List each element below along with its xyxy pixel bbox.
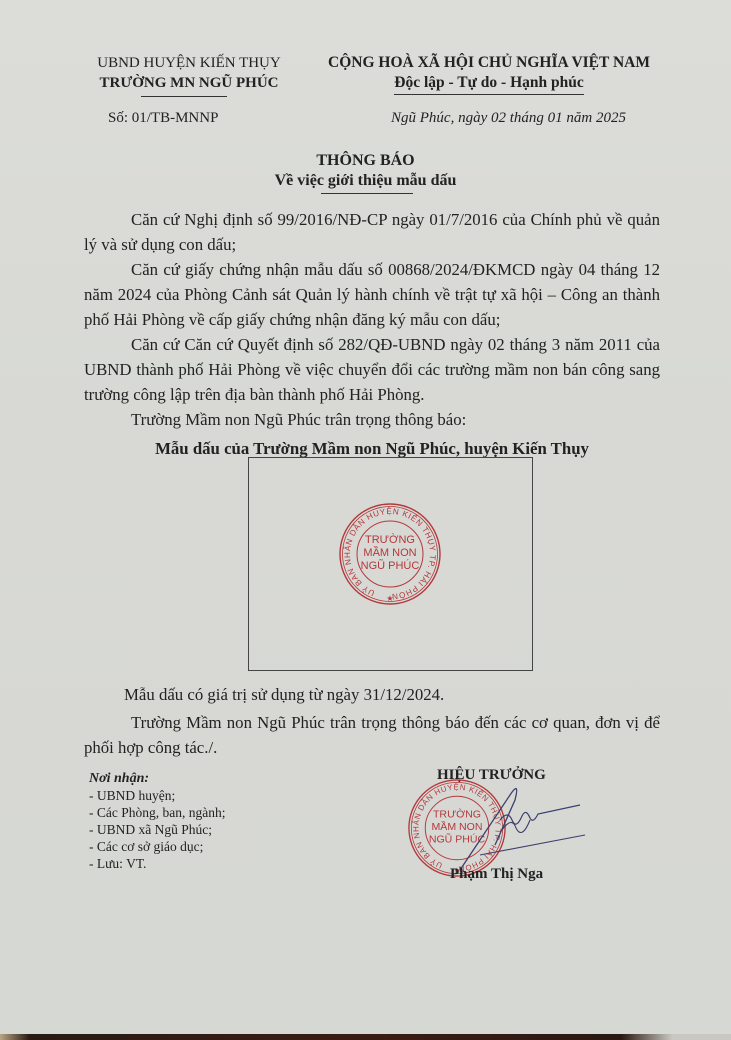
stamp-sample-box: UỶ BAN NHÂN DÂN HUYỆN KIẾN THỤY TP. HẢI … — [248, 457, 533, 671]
closing-text: Trường Mầm non Ngũ Phúc trân trọng thông… — [84, 710, 660, 760]
recipients-label: Nơi nhận: — [89, 770, 225, 787]
recipient-item: - Các cơ sở giáo dục; — [89, 838, 225, 855]
desk-surface — [0, 1034, 731, 1040]
validity-note: Mẫu dấu có giá trị sử dụng từ ngày 31/12… — [124, 685, 444, 705]
document-subtitle: Về việc giới thiệu mẫu dấu — [0, 172, 731, 190]
recipients-list: Nơi nhận: - UBND huyện; - Các Phòng, ban… — [89, 770, 225, 872]
svg-text:MẦM NON: MẦM NON — [363, 546, 416, 559]
document-body: Căn cứ Nghị định số 99/2016/NĐ-CP ngày 0… — [84, 207, 660, 461]
recipient-item: - UBND xã Ngũ Phúc; — [89, 821, 225, 838]
signer-name: Phạm Thị Nga — [450, 866, 543, 883]
body-paragraph: Căn cứ giấy chứng nhận mẫu dấu số 00868/… — [84, 257, 660, 332]
recipient-item: - Lưu: VT. — [89, 855, 225, 872]
body-paragraph: Căn cứ Nghị định số 99/2016/NĐ-CP ngày 0… — [84, 207, 660, 257]
national-motto: Độc lập - Tự do - Hạnh phúc — [394, 73, 583, 95]
place-date: Ngũ Phúc, ngày 02 tháng 01 năm 2025 — [391, 110, 626, 127]
national-header: CỘNG HOÀ XÃ HỘI CHỦ NGHĨA VIỆT NAM Độc l… — [318, 53, 660, 95]
school-name: TRƯỜNG MN NGŨ PHÚC — [89, 73, 289, 93]
svg-text:★: ★ — [386, 594, 393, 603]
document-number: Số: 01/TB-MNNP — [108, 110, 218, 127]
recipient-item: - Các Phòng, ban, ngành; — [89, 804, 225, 821]
svg-text:TRƯỜNG: TRƯỜNG — [365, 533, 415, 546]
header-divider — [141, 96, 227, 97]
svg-text:NGŨ PHÚC: NGŨ PHÚC — [361, 559, 420, 572]
issuer-header: UBND HUYỆN KIẾN THỤY TRƯỜNG MN NGŨ PHÚC — [89, 53, 289, 93]
document-title: THÔNG BÁO — [0, 152, 731, 170]
nation-name: CỘNG HOÀ XÃ HỘI CHỦ NGHĨA VIỆT NAM — [318, 53, 660, 73]
handwritten-signature-icon — [440, 775, 590, 875]
agency-name: UBND HUYỆN KIẾN THỤY — [89, 53, 289, 73]
subtitle-text: Về việc giới thiệu mẫu dấu — [275, 172, 457, 190]
body-paragraph: Căn cứ Căn cứ Quyết định số 282/QĐ-UBND … — [84, 332, 660, 407]
recipient-item: - UBND huyện; — [89, 787, 225, 804]
school-seal-icon: UỶ BAN NHÂN DÂN HUYỆN KIẾN THỤY TP. HẢI … — [338, 502, 442, 606]
subtitle-underline — [321, 193, 413, 194]
document-page: UBND HUYỆN KIẾN THỤY TRƯỜNG MN NGŨ PHÚC … — [0, 0, 731, 1034]
closing-statement: Trường Mầm non Ngũ Phúc trân trọng thông… — [84, 710, 660, 760]
body-paragraph: Trường Mầm non Ngũ Phúc trân trọng thông… — [84, 407, 660, 432]
